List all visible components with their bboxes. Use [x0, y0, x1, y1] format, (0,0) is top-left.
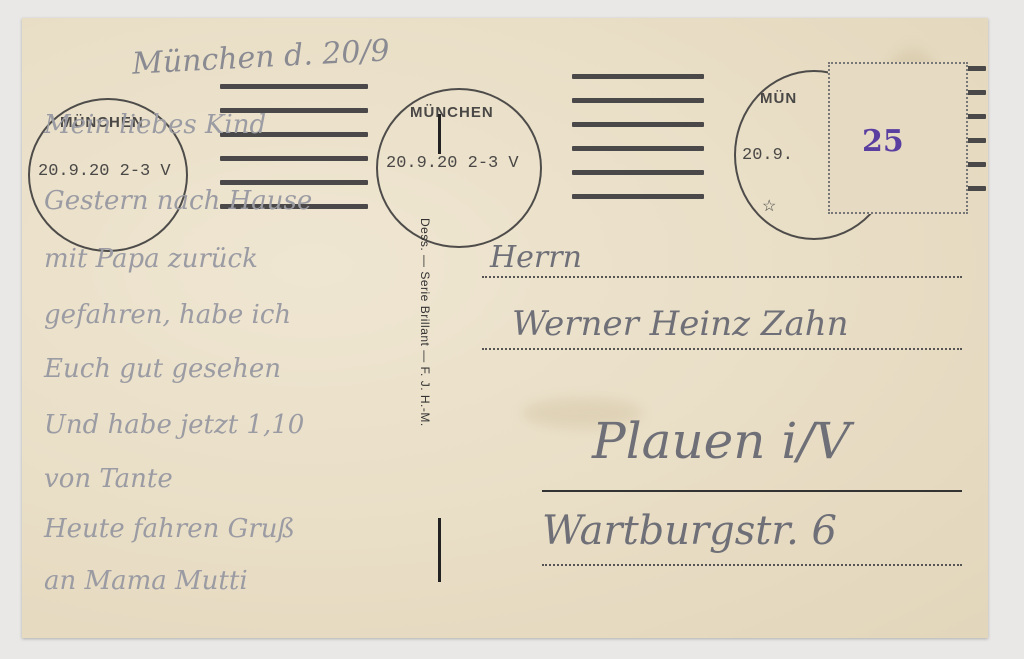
address-street: Wartburgstr. 6: [542, 508, 837, 554]
address-underline: [542, 490, 962, 492]
address-city: Plauen i/V: [592, 412, 850, 470]
address-name: Werner Heinz Zahn: [512, 304, 849, 344]
message-line: Heute fahren Gruß: [44, 514, 295, 544]
stamp-overprint: 25: [862, 124, 904, 159]
message-line: Und habe jetzt 1,10: [44, 410, 304, 440]
postmark-city: MÜN: [760, 90, 797, 107]
divider: [438, 114, 441, 154]
message-line: an Mama Mutti: [44, 566, 248, 596]
address-line: [482, 348, 962, 350]
postmark-date: 20.9.20 2-3 V: [386, 154, 519, 173]
address-line: [482, 276, 962, 278]
message-line: Euch gut gesehen: [44, 354, 281, 384]
message-line: mit Papa zurück: [44, 244, 258, 274]
divider: [438, 518, 441, 582]
address-salutation: Herrn: [490, 240, 582, 275]
address-line: [542, 564, 962, 566]
publisher-imprint: Dess. — Serie Brillant — F. J. H.-M.: [418, 218, 432, 427]
postmark: MÜNCHEN 20.9.20 2-3 V: [376, 88, 542, 248]
message-line: Mein liebes Kind: [44, 110, 266, 140]
message-line: gefahren, habe ich: [44, 300, 291, 330]
message-line: von Tante: [44, 464, 173, 494]
message-line: Gestern nach Hause: [44, 186, 312, 216]
postmark-date: 20.9.20 2-3 V: [38, 162, 171, 181]
postmark-city: MÜNCHEN: [410, 104, 494, 121]
star-icon: ☆: [762, 196, 776, 216]
postcard-back: MÜNCHEN 20.9.20 2-3 V MÜNCHEN 20.9.20 2-…: [22, 18, 988, 638]
postage-stamp: 25: [828, 62, 968, 214]
postmark-date: 20.9.: [742, 146, 793, 165]
message-heading: München d. 20/9: [131, 33, 390, 81]
